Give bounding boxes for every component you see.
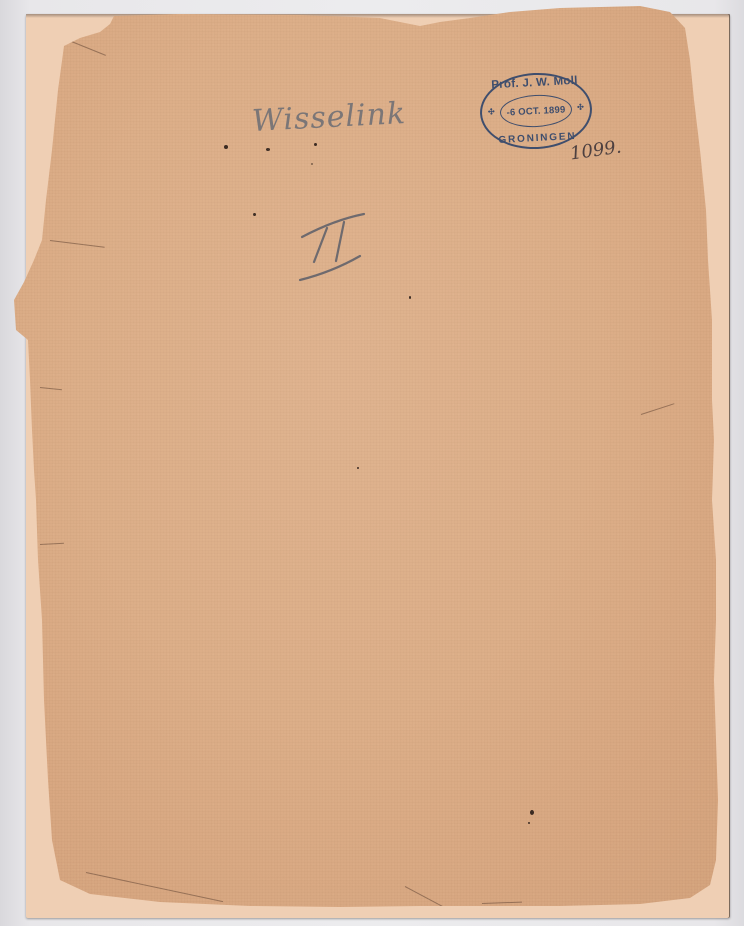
ink-speck xyxy=(528,822,530,824)
tear-mark xyxy=(641,403,675,415)
document-cover xyxy=(0,0,744,926)
tear-mark xyxy=(482,902,522,904)
ownership-stamp: Prof. J. W. Moll ✣ -6 OCT. 1899 ✣ GRONIN… xyxy=(478,70,594,152)
ink-speck xyxy=(409,296,411,299)
tear-mark xyxy=(40,543,64,545)
stamp-ornament-icon: ✣ xyxy=(488,107,495,116)
ink-speck xyxy=(314,143,317,146)
stamp-date-ring: -6 OCT. 1899 xyxy=(499,93,573,129)
scan-background: Wisselink II 1099. Prof. J. W. Moll ✣ -6… xyxy=(0,0,744,926)
ink-speck xyxy=(530,810,534,815)
roman-numeral-two-glyph xyxy=(296,200,368,282)
ink-speck xyxy=(224,145,228,149)
ink-speck xyxy=(266,148,270,151)
ink-speck xyxy=(357,467,359,469)
tear-mark xyxy=(50,240,105,248)
handwritten-volume-numeral: II xyxy=(296,200,368,282)
stamp-ornament-icon: ✣ xyxy=(577,102,584,111)
ink-speck xyxy=(311,163,313,165)
tear-mark xyxy=(40,387,62,390)
stamp-date: -6 OCT. 1899 xyxy=(506,104,565,118)
ink-speck xyxy=(253,213,256,216)
